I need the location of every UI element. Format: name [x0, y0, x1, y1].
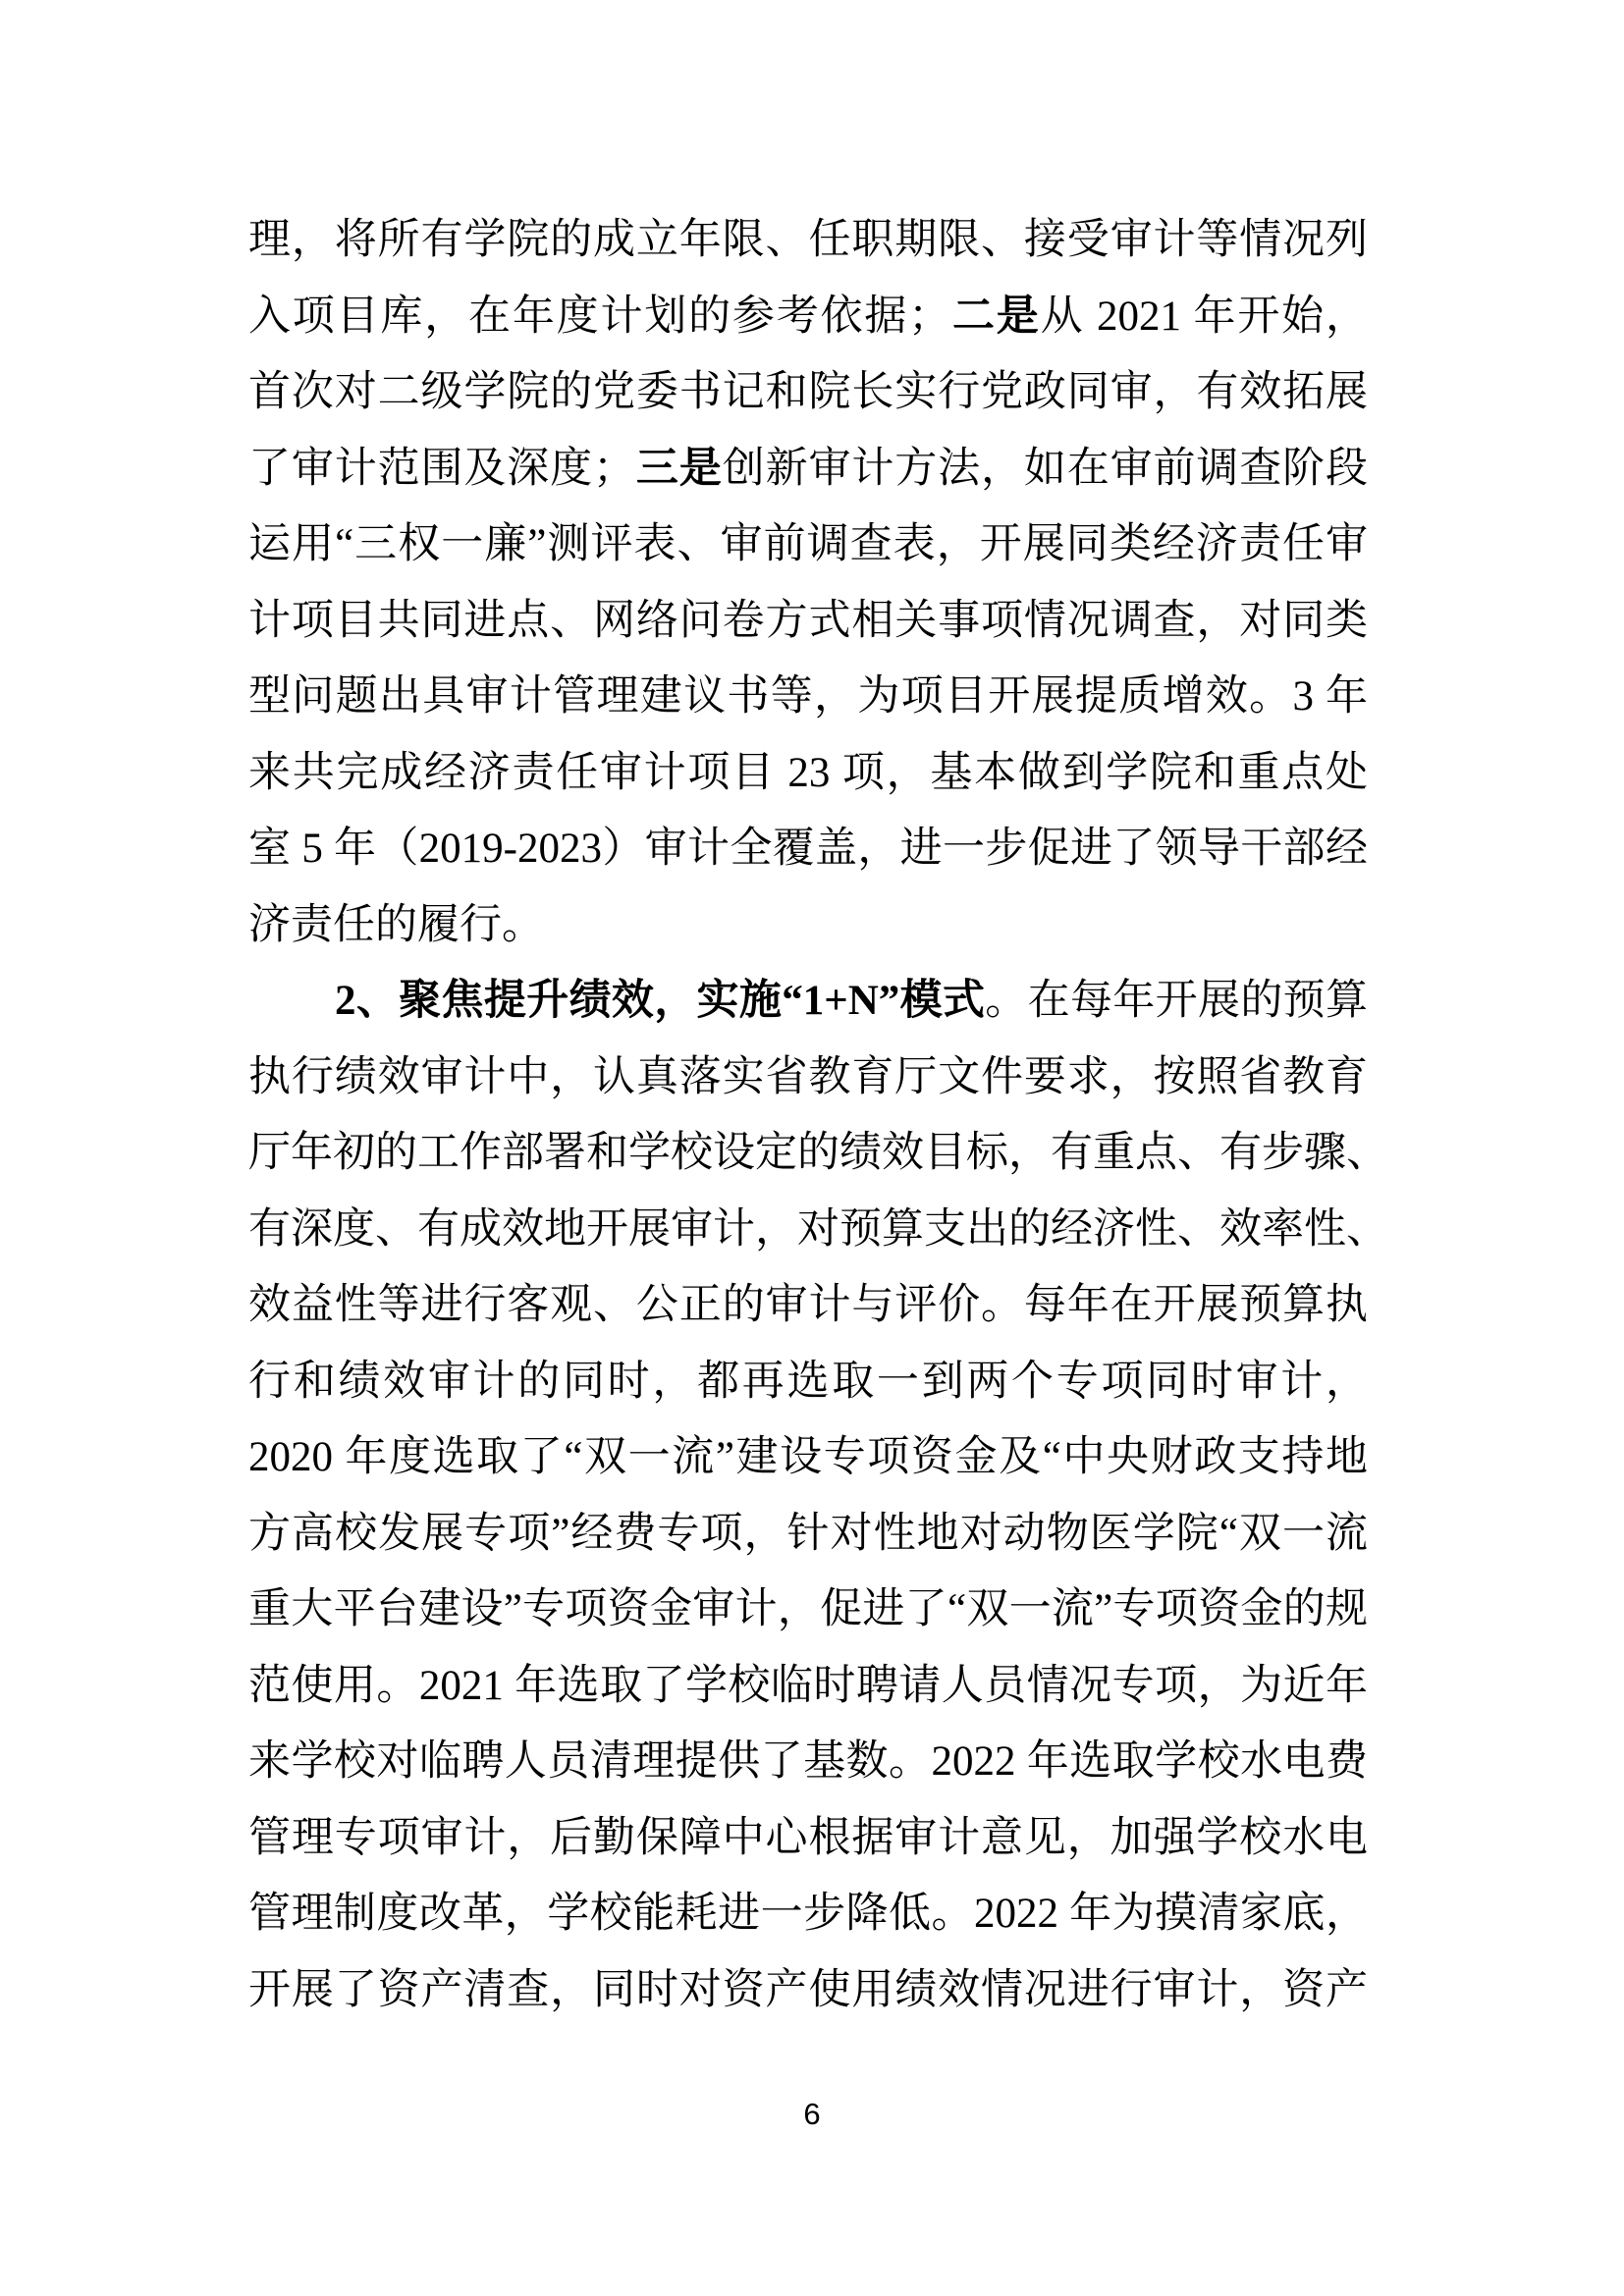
text-run: 运用“三权一廉”测评表、审前调查表，开展同类经济责任审 [248, 521, 1368, 567]
text-run: 首次对二级学院的党委书记和院长实行党政同审，有效拓展 [248, 369, 1368, 415]
text-run: 。在每年开展的预算 [985, 978, 1368, 1024]
text-line: 计项目共同进点、网络问卷方式相关事项情况调查，对同类 [248, 583, 1368, 660]
text-run: 范使用。2021 年选取了学校临时聘请人员情况专项，为近年 [248, 1663, 1368, 1709]
text-line: 了审计范围及深度；三是创新审计方法，如在审前调查阶段 [248, 431, 1368, 507]
text-line: 济责任的履行。 [248, 887, 1368, 964]
text-line: 重大平台建设”专项资金审计，促进了“双一流”专项资金的规 [248, 1572, 1368, 1648]
text-line: 室 5 年（2019-2023）审计全覆盖，进一步促进了领导干部经 [248, 811, 1368, 887]
text-run: 执行绩效审计中，认真落实省教育厅文件要求，按照省教育 [248, 1054, 1368, 1100]
text-run: 济责任的履行。 [248, 902, 544, 948]
text-line: 开展了资产清查，同时对资产使用绩效情况进行审计，资产 [248, 1952, 1368, 2029]
text-run: 方高校发展专项”经费专项，针对性地对动物医学院“双一流 [248, 1511, 1368, 1557]
text-run: 计项目共同进点、网络问卷方式相关事项情况调查，对同类 [248, 598, 1368, 644]
text-run: 来共完成经济责任审计项目 23 项，基本做到学院和重点处 [248, 750, 1368, 796]
text-run: 开展了资产清查，同时对资产使用绩效情况进行审计，资产 [248, 1967, 1368, 2013]
text-line: 行和绩效审计的同时，都再选取一到两个专项同时审计， [248, 1344, 1368, 1420]
text-run: 管理制度改革，学校能耗进一步降低。2022 年为摸清家底， [248, 1891, 1368, 1937]
bold-text-run: 2、聚焦提升绩效，实施“1+N”模式 [335, 978, 985, 1024]
text-run: 2020 年度选取了“双一流”建设专项资金及“中央财政支持地 [248, 1434, 1368, 1480]
text-run: 型问题出具审计管理建议书等，为项目开展提质增效。3 年 [248, 673, 1368, 720]
text-run: 从 2021 年开始， [1041, 294, 1368, 340]
text-run: 来学校对临聘人员清理提供了基数。2022 年选取学校水电费 [248, 1738, 1368, 1785]
text-run: 有深度、有成效地开展审计，对预算支出的经济性、效率性、 [248, 1206, 1388, 1253]
text-line: 有深度、有成效地开展审计，对预算支出的经济性、效率性、 [248, 1192, 1368, 1268]
page-number: 6 [0, 2097, 1624, 2132]
text-run: 室 5 年（2019-2023）审计全覆盖，进一步促进了领导干部经 [248, 826, 1368, 872]
text-run: 了审计范围及深度； [248, 446, 635, 492]
text-line: 运用“三权一廉”测评表、审前调查表，开展同类经济责任审 [248, 507, 1368, 583]
text-run: 管理专项审计，后勤保障中心根据审计意见，加强学校水电 [248, 1815, 1368, 1861]
bold-text-run: 二是 [950, 294, 1040, 340]
text-line: 首次对二级学院的党委书记和院长实行党政同审，有效拓展 [248, 354, 1368, 431]
text-run: 重大平台建设”专项资金审计，促进了“双一流”专项资金的规 [248, 1586, 1368, 1632]
text-line: 来共完成经济责任审计项目 23 项，基本做到学院和重点处 [248, 735, 1368, 812]
text-line: 2、聚焦提升绩效，实施“1+N”模式。在每年开展的预算 [248, 963, 1368, 1040]
text-block: 理，将所有学院的成立年限、任职期限、接受审计等情况列入项目库，在年度计划的参考依… [248, 202, 1368, 2028]
document-page: 理，将所有学院的成立年限、任职期限、接受审计等情况列入项目库，在年度计划的参考依… [0, 0, 1624, 2296]
text-run: 行和绩效审计的同时，都再选取一到两个专项同时审计， [248, 1359, 1368, 1405]
text-line: 来学校对临聘人员清理提供了基数。2022 年选取学校水电费 [248, 1724, 1368, 1800]
text-line: 管理制度改革，学校能耗进一步降低。2022 年为摸清家底， [248, 1876, 1368, 1952]
text-line: 效益性等进行客观、公正的审计与评价。每年在开展预算执 [248, 1267, 1368, 1344]
text-line: 型问题出具审计管理建议书等，为项目开展提质增效。3 年 [248, 659, 1368, 735]
text-line: 管理专项审计，后勤保障中心根据审计意见，加强学校水电 [248, 1800, 1368, 1877]
text-run: 创新审计方法，如在审前调查阶段 [723, 446, 1368, 492]
text-line: 范使用。2021 年选取了学校临时聘请人员情况专项，为近年 [248, 1648, 1368, 1725]
text-line: 方高校发展专项”经费专项，针对性地对动物医学院“双一流 [248, 1496, 1368, 1573]
text-run: 入项目库，在年度计划的参考依据； [248, 294, 950, 340]
text-line: 2020 年度选取了“双一流”建设专项资金及“中央财政支持地 [248, 1419, 1368, 1496]
text-line: 厅年初的工作部署和学校设定的绩效目标，有重点、有步骤、 [248, 1115, 1368, 1192]
text-run: 效益性等进行客观、公正的审计与评价。每年在开展预算执 [248, 1282, 1368, 1328]
text-line: 入项目库，在年度计划的参考依据；二是从 2021 年开始， [248, 279, 1368, 355]
text-run: 厅年初的工作部署和学校设定的绩效目标，有重点、有步骤、 [248, 1130, 1388, 1176]
bold-text-run: 三是 [635, 446, 723, 492]
text-line: 执行绩效审计中，认真落实省教育厅文件要求，按照省教育 [248, 1040, 1368, 1116]
text-line: 理，将所有学院的成立年限、任职期限、接受审计等情况列 [248, 202, 1368, 279]
text-run: 理，将所有学院的成立年限、任职期限、接受审计等情况列 [248, 217, 1368, 263]
